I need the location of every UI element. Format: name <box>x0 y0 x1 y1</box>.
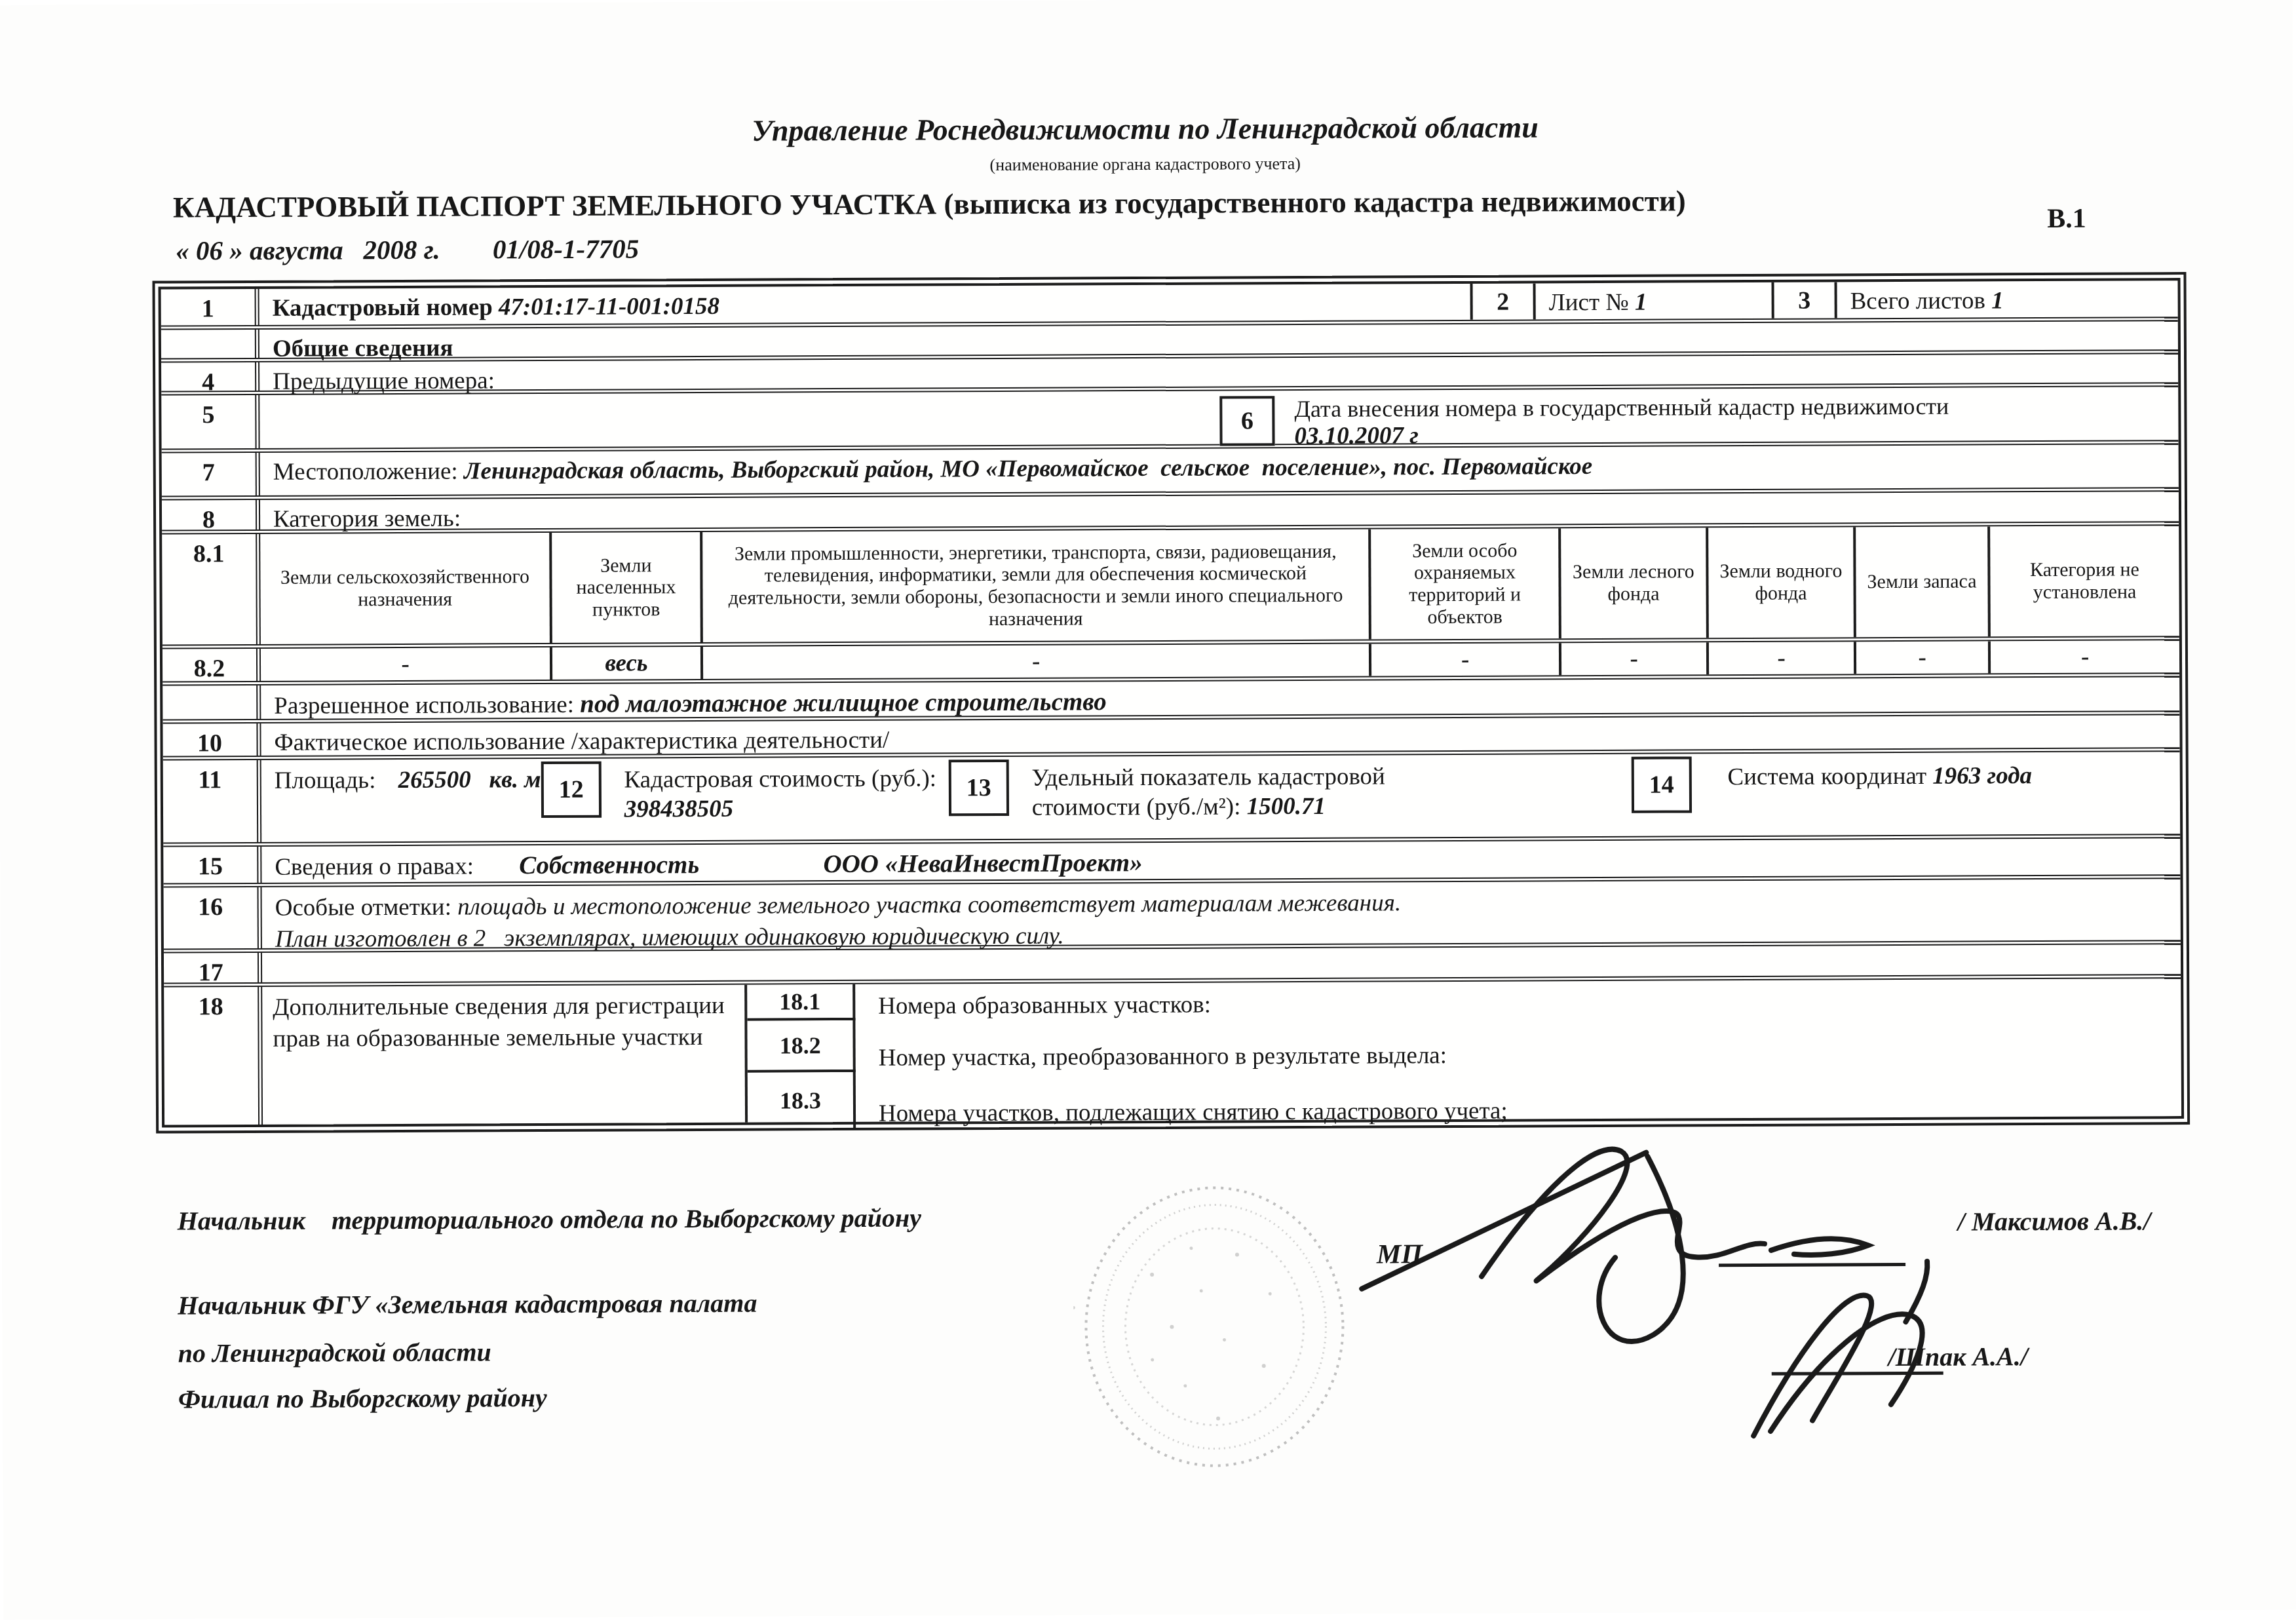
specific-indicator-label-1: Удельный показатель кадастровой <box>1031 761 1631 793</box>
special-notes-value1: площадь и местоположение земельного учас… <box>457 889 1401 920</box>
spacer <box>273 394 1219 446</box>
sheet-label: Лист № <box>1549 289 1629 317</box>
value-settlements: весь <box>552 647 703 680</box>
location-label: Местоположение: <box>273 458 458 486</box>
row3-index: 3 <box>1772 282 1837 318</box>
cadastral-number-cell: Кадастровый номер 47:01:17-11-001:0158 <box>259 284 1470 325</box>
row10-index: 10 <box>163 723 261 756</box>
additional-info-label: Дополнительные сведения для регистрации … <box>262 985 748 1125</box>
subrow-181-index: 18.1 <box>747 984 855 1021</box>
area-label: Площадь: <box>275 767 376 794</box>
area-value: 265500 кв. м <box>398 766 541 794</box>
registration-date-label: Дата внесения номера в государственный к… <box>1294 393 1949 423</box>
transformed-parcel-label: Номер участка, преобразованного в резуль… <box>855 1014 2181 1072</box>
issue-date: « 06 » августа 2008 г. <box>176 235 440 266</box>
row-registration-date: 5 6 Дата внесения номера в государственн… <box>161 387 2178 453</box>
row11-index: 11 <box>163 760 262 843</box>
row81-index: 8.1 <box>162 534 261 645</box>
row-special-notes: 16 Особые отметки: площадь и местоположе… <box>164 879 2181 953</box>
permitted-use-value: под малоэтажное жилищное строительство <box>580 687 1107 718</box>
cadastral-cost-label: Кадастровая стоимость (руб.): <box>624 763 948 794</box>
row-category-headers: 8.1 Земли сельскохозяйственного назначен… <box>162 526 2179 649</box>
official1-title: Начальник территориального отдела по Выб… <box>178 1203 921 1237</box>
category-reserve: Земли запаса <box>1856 526 1991 637</box>
subrow-182: 18.2 Номер участка, преобразованного в р… <box>747 1014 2181 1073</box>
row8-index: 8 <box>162 500 260 530</box>
registration-date-text: Дата внесения номера в государственный к… <box>1294 391 1949 441</box>
form-code: В.1 <box>2047 203 2086 235</box>
sheet-cell: Лист № 1 <box>1536 282 1772 320</box>
cadastral-cost-cell: Кадастровая стоимость (руб.): 398438505 <box>601 757 949 840</box>
row15-index: 15 <box>163 847 261 883</box>
date-line: « 06 » августа 2008 г. 01/08-1-7705 <box>176 233 639 266</box>
authority-name: Управление Роснедвижимости по Ленинградс… <box>0 106 2293 151</box>
value-not-set: - <box>1991 640 2179 673</box>
rights-type-value: Собственность <box>519 851 699 879</box>
row-location: 7 Местоположение: Ленинградская область,… <box>162 444 2179 500</box>
official2-title-line1: Начальник ФГУ «Земельная кадастровая пал… <box>178 1288 757 1321</box>
signatures-layer <box>1279 1096 2133 1494</box>
sheet-value: 1 <box>1635 289 1647 316</box>
row5-index: 5 <box>161 395 259 449</box>
value-water: - <box>1709 642 1856 674</box>
formed-parcels-label: Номера образованных участков: <box>855 978 2181 1020</box>
subrow-182-index: 18.2 <box>747 1020 855 1073</box>
row9-index-empty <box>163 685 261 720</box>
document-number: 01/08-1-7705 <box>493 233 639 264</box>
value-forest: - <box>1561 642 1709 675</box>
location-cell: Местоположение: Ленинградская область, В… <box>260 444 2179 495</box>
stamp-place-mark: МП <box>1377 1239 1423 1270</box>
category-industrial: Земли промышленности, энергетики, трансп… <box>702 530 1371 642</box>
row1-index: 1 <box>161 289 259 326</box>
box12-index: 12 <box>541 762 601 818</box>
value-reserve: - <box>1856 641 1991 674</box>
specific-indicator-cell: Удельный показатель кадастровой стоимост… <box>1008 754 1632 839</box>
row-area-cost: 11 Площадь: 265500 кв. м 12 Кадастровая … <box>163 752 2181 847</box>
cadastral-number-label: Кадастровый номер <box>273 294 493 321</box>
rights-holder-value: ООО «НеваИнвестПроект» <box>823 849 1142 878</box>
value-protected: - <box>1371 643 1561 676</box>
row18-index: 18 <box>164 987 263 1125</box>
total-sheets-cell: Всего листов 1 <box>1837 280 2178 318</box>
signature-maksimov <box>1481 1149 1765 1281</box>
category-not-set: Категория не установлена <box>1990 526 2179 636</box>
specific-indicator-line2: стоимости (руб./м²): 1500.71 <box>1032 790 1632 822</box>
row17-index: 17 <box>164 953 262 983</box>
signature-shpak-stroke2 <box>1770 1314 1923 1431</box>
total-sheets-label: Всего листов <box>1850 287 1986 315</box>
row16-index: 16 <box>164 887 262 949</box>
general-index-empty <box>161 330 259 358</box>
rights-label: Сведения о правах: <box>275 853 474 880</box>
row2-index: 2 <box>1470 283 1536 319</box>
signature-maksimov-loop <box>1598 1156 1683 1341</box>
row7-index: 7 <box>162 453 260 496</box>
location-value: Ленинградская область, Выборгский район,… <box>464 453 1592 485</box>
official2-title-line3: Филиал по Выборгскому району <box>178 1382 547 1414</box>
box13-index: 13 <box>948 760 1008 816</box>
specific-indicator-value: 1500.71 <box>1247 793 1326 820</box>
category-protected: Земли особо охраняемых территорий и объе… <box>1371 528 1561 639</box>
row82-index: 8.2 <box>163 649 261 682</box>
signature-shpak <box>1753 1295 1872 1436</box>
official2-title-line2: по Ленинградской области <box>178 1336 491 1368</box>
category-forest: Земли лесного фонда <box>1561 528 1709 638</box>
signature-graphics <box>1279 1096 2133 1494</box>
category-agricultural: Земли сельскохозяйственного назначения <box>260 533 552 644</box>
special-notes-cell: Особые отметки: площадь и местоположение… <box>262 879 2181 948</box>
specific-indicator-label-2: стоимости (руб./м²): <box>1032 794 1241 821</box>
registration-date-cell: 6 Дата внесения номера в государственный… <box>259 387 2178 448</box>
value-industrial: - <box>703 644 1371 679</box>
permitted-use-label: Разрешенное использование: <box>274 691 574 720</box>
subrow-181: 18.1 Номера образованных участков: <box>747 978 2181 1021</box>
document-title: КАДАСТРОВЫЙ ПАСПОРТ ЗЕМЕЛЬНОГО УЧАСТКА (… <box>173 183 1686 224</box>
box6-index: 6 <box>1219 396 1274 446</box>
cadastral-passport-sheet: Управление Роснедвижимости по Ленинградс… <box>0 0 2296 1620</box>
box14-index: 14 <box>1631 756 1691 813</box>
cadastral-number-value: 47:01:17-11-001:0158 <box>499 293 719 320</box>
total-sheets-value: 1 <box>1991 287 2004 314</box>
special-notes-label: Особые отметки: <box>275 894 451 921</box>
form-table: 1 Кадастровый номер 47:01:17-11-001:0158… <box>152 272 2190 1134</box>
coordinate-system-value: 1963 года <box>1932 762 2032 790</box>
category-settlements: Земли населенных пунктов <box>552 532 703 643</box>
rights-cell: Сведения о правах: Собственность ООО «Не… <box>261 838 2180 883</box>
category-water: Земли водного фонда <box>1708 527 1856 638</box>
cadastral-cost-value: 398438505 <box>624 793 949 824</box>
subrow-183-index: 18.3 <box>748 1072 856 1128</box>
signature-maksimov-flourish <box>1771 1239 1868 1256</box>
authority-caption: (наименование органа кадастрового учета) <box>0 149 2293 179</box>
value-agricultural: - <box>261 647 552 681</box>
signature-shpak-tail <box>1905 1262 1928 1322</box>
area-cell: Площадь: 265500 кв. м <box>261 759 541 842</box>
row4-index: 4 <box>161 362 259 391</box>
coordinate-system-cell: Система координат 1963 года <box>1691 752 2180 836</box>
coordinate-system-label: Система координат <box>1727 763 1926 790</box>
